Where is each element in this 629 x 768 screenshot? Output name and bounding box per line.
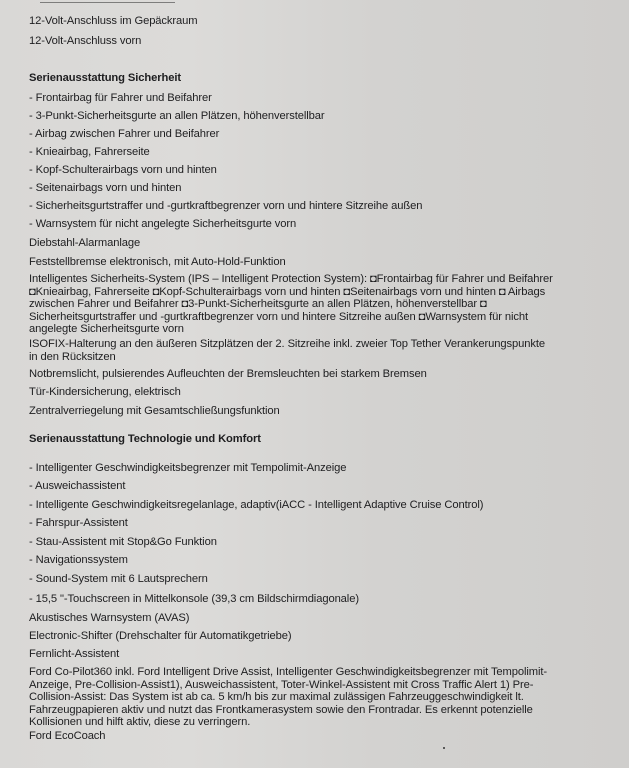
list-item: - Fahrspur-Assistent bbox=[29, 517, 128, 530]
list-item: - Warnsystem für nicht angelegte Sicherh… bbox=[29, 218, 296, 231]
list-item: - 3-Punkt-Sicherheitsgurte an allen Plät… bbox=[29, 110, 325, 123]
paper-speck bbox=[443, 747, 445, 749]
intro-item: 12-Volt-Anschluss im Gepäckraum bbox=[29, 15, 198, 28]
list-item: - Intelligente Geschwindigkeitsregelanla… bbox=[29, 499, 483, 512]
list-item: Tür-Kindersicherung, elektrisch bbox=[29, 386, 181, 399]
list-item: - Stau-Assistent mit Stop&Go Funktion bbox=[29, 536, 217, 549]
list-item-copilot: Ford Co-Pilot360 inkl. Ford Intelligent … bbox=[29, 666, 554, 729]
list-item: Ford EcoCoach bbox=[29, 730, 105, 743]
list-item: Notbremslicht, pulsierendes Aufleuchten … bbox=[29, 368, 427, 381]
list-item-isofix: ISOFIX-Halterung an den äußeren Sitzplät… bbox=[29, 338, 549, 363]
list-item: - Navigationssystem bbox=[29, 554, 128, 567]
list-item-ips: Intelligentes Sicherheits-System (IPS – … bbox=[29, 273, 559, 336]
list-item: - Seitenairbags vorn und hinten bbox=[29, 182, 181, 195]
list-item: - Frontairbag für Fahrer und Beifahrer bbox=[29, 92, 212, 105]
list-item: Diebstahl-Alarmanlage bbox=[29, 237, 140, 250]
list-item: - Sound-System mit 6 Lautsprechern bbox=[29, 573, 208, 586]
list-item: - Sicherheitsgurtstraffer und -gurtkraft… bbox=[29, 200, 422, 213]
section-heading-safety: Serienausstattung Sicherheit bbox=[29, 72, 181, 85]
list-item: - 15,5 "-Touchscreen in Mittelkonsole (3… bbox=[29, 593, 359, 606]
list-item: Akustisches Warnsystem (AVAS) bbox=[29, 612, 189, 625]
list-item: - Kopf-Schulterairbags vorn und hinten bbox=[29, 164, 217, 177]
list-item: - Airbag zwischen Fahrer und Beifahrer bbox=[29, 128, 219, 141]
list-item: Fernlicht-Assistent bbox=[29, 648, 119, 661]
section-heading-technology: Serienausstattung Technologie und Komfor… bbox=[29, 433, 261, 446]
list-item: - Intelligenter Geschwindigkeitsbegrenze… bbox=[29, 462, 346, 475]
list-item: Zentralverriegelung mit Gesamtschließung… bbox=[29, 405, 280, 418]
top-rule bbox=[40, 2, 175, 3]
list-item: - Knieairbag, Fahrerseite bbox=[29, 146, 150, 159]
list-item: Feststellbremse elektronisch, mit Auto-H… bbox=[29, 256, 286, 269]
intro-item: 12-Volt-Anschluss vorn bbox=[29, 35, 141, 48]
list-item: Electronic-Shifter (Drehschalter für Aut… bbox=[29, 630, 292, 643]
list-item: - Ausweichassistent bbox=[29, 480, 125, 493]
